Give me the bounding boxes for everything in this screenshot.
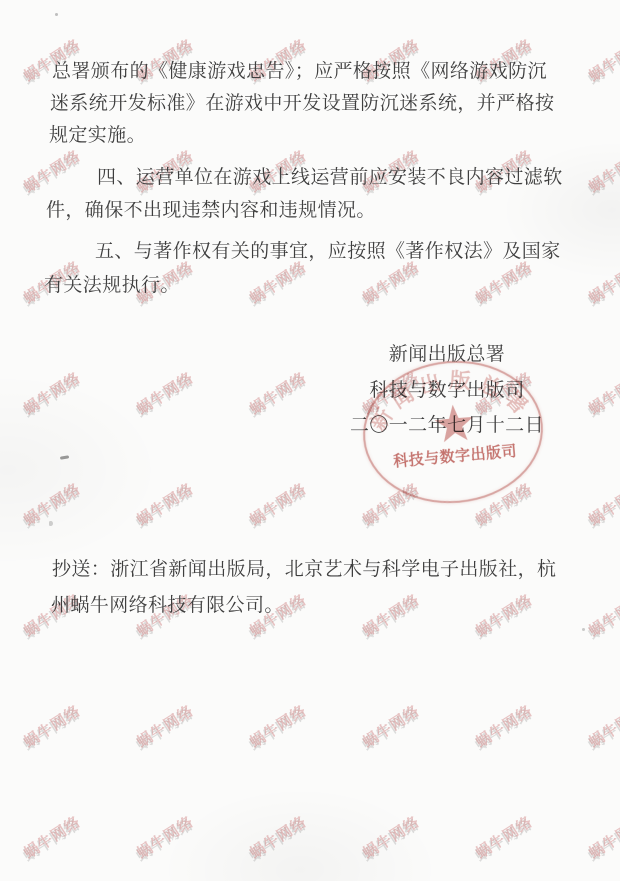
cc-line: 抄送：浙江省新闻出版局，北京艺术与科学电子出版社，杭: [52, 557, 556, 582]
signature-org: 新闻出版总署: [327, 342, 567, 367]
body-line: 五、与著作权有关的事宜，应按照《著作权法》及国家: [95, 239, 561, 264]
document-text-layer: 总署颁布的《健康游戏忠告》；应严格按照《网络游戏防沉 迷系统开发标准》在游戏中开…: [0, 0, 620, 881]
scan-speck: [582, 628, 585, 631]
signature-date: 二〇一二年七月十二日: [327, 413, 567, 438]
body-line: 总署颁布的《健康游戏忠告》；应严格按照《网络游戏防沉: [52, 59, 547, 84]
body-line: 迷系统开发标准》在游戏中开发设置防沉迷系统，并严格按: [50, 91, 554, 116]
signature-dept: 科技与数字出版司: [327, 378, 567, 403]
scan-speck: [55, 13, 58, 16]
scanned-document-page: 蜗牛网络蜗牛网络蜗牛网络蜗牛网络蜗牛网络蜗牛网络蜗牛网络蜗牛网络蜗牛网络蜗牛网络…: [0, 0, 620, 881]
scan-speck: [49, 521, 53, 526]
body-line: 规定实施。: [49, 123, 146, 148]
cc-line: 州蜗牛网络科技有限公司。: [51, 593, 284, 618]
body-line: 四、运营单位在游戏上线运营前应安装不良内容过滤软: [97, 165, 563, 190]
body-line: 件，确保不出现违禁内容和违规情况。: [46, 198, 376, 223]
body-line: 有关法规执行。: [44, 273, 180, 298]
